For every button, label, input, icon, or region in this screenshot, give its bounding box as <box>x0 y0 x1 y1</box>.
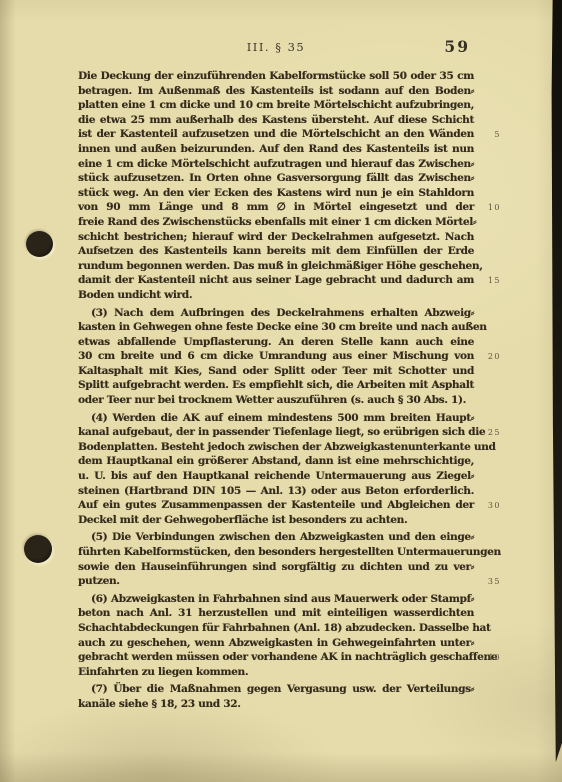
margin-line-number: 5 <box>494 130 501 139</box>
text-line: Boden undicht wird. <box>78 288 474 303</box>
hole-punch-top <box>26 231 53 257</box>
text-line-content: u. U. bis auf den Hauptkanal reichende U… <box>78 469 474 484</box>
text-line: oder Teer nur bei trocknem Wetter auszuf… <box>78 393 474 408</box>
margin-line-number: 10 <box>488 203 501 212</box>
paragraph: Die Deckung der einzuführenden Kabelform… <box>78 69 474 303</box>
page-header: III. § 35 59 <box>78 40 474 56</box>
scanned-page: III. § 35 59 Die Deckung der einzuführen… <box>0 0 562 782</box>
paragraph: (4) Werden die AK auf einem mindestens 5… <box>78 411 474 528</box>
text-line-content: Die Deckung der einzuführenden Kabelform… <box>78 69 474 84</box>
text-line: kanal aufgebaut, der in passender Tiefen… <box>78 425 474 440</box>
text-line: innen und außen beizurunden. Auf den Ran… <box>78 142 474 157</box>
text-line: Einfahrten zu liegen kommen. <box>78 665 474 680</box>
text-line-content: kasten in Gehwegen ohne feste Decke eine… <box>78 320 474 335</box>
text-line: Bodenplatten. Besteht jedoch zwischen de… <box>78 440 474 455</box>
text-line-content: (7) Über die Maßnahmen gegen Vergasung u… <box>78 682 474 697</box>
text-line: stück aufzusetzen. In Orten ohne Gasvers… <box>78 171 474 186</box>
text-line-content: führten Kabelformstücken, den besonders … <box>78 545 474 560</box>
text-line: rundum begonnen werden. Das muß in gleic… <box>78 259 474 274</box>
margin-line-number: 15 <box>488 276 501 285</box>
text-line-content: Einfahrten zu liegen kommen. <box>78 665 474 680</box>
text-line-content: kanäle siehe § 18, 23 und 32. <box>78 697 474 712</box>
text-line: 30 cm breite und 6 cm dicke Umrandung au… <box>78 349 474 364</box>
text-line-content: innen und außen beizurunden. Auf den Ran… <box>78 142 474 157</box>
text-line-content: (6) Abzweigkasten in Fahrbahnen sind aus… <box>78 592 474 607</box>
text-line-content: schicht bestrichen; hierauf wird der Dec… <box>78 230 474 245</box>
text-line: platten eine 1 cm dicke und 10 cm breite… <box>78 98 474 113</box>
text-line: (4) Werden die AK auf einem mindestens 5… <box>78 411 474 426</box>
text-line-content: steinen (Hartbrand DIN 105 — Anl. 13) od… <box>78 484 474 499</box>
text-line-content: Splitt aufgebracht werden. Es empfiehlt … <box>78 378 474 393</box>
scan-binding-edge <box>549 0 562 770</box>
text-line: Deckel mit der Gehwegoberfläche ist beso… <box>78 513 474 528</box>
text-line: Kaltasphalt mit Kies, Sand oder Splitt o… <box>78 364 474 379</box>
text-line-content: die etwa 25 mm außerhalb des Kastens übe… <box>78 113 474 128</box>
text-line: damit der Kastenteil nicht aus seiner La… <box>78 273 474 288</box>
text-line: (7) Über die Maßnahmen gegen Vergasung u… <box>78 682 474 697</box>
text-line-content: ist der Kastenteil aufzusetzen und die M… <box>78 127 474 142</box>
text-line-content: von 90 mm Länge und 8 mm ∅ in Mörtel ein… <box>78 200 474 215</box>
text-line: beton nach Anl. 31 herzustellen und mit … <box>78 606 474 621</box>
text-line: freie Rand des Zwischenstücks ebenfalls … <box>78 215 474 230</box>
text-line: führten Kabelformstücken, den besonders … <box>78 545 474 560</box>
text-line-content: Schachtabdeckungen für Fahrbahnen (Anl. … <box>78 621 474 636</box>
text-line: (5) Die Verbindungen zwischen den Abzwei… <box>78 530 474 545</box>
text-line-content: Boden undicht wird. <box>78 288 474 303</box>
text-line: Aufsetzen des Kastenteils kann bereits m… <box>78 244 474 259</box>
text-line: gebracht werden müssen oder vorhandene A… <box>78 650 474 665</box>
text-line: kanäle siehe § 18, 23 und 32. <box>78 697 474 712</box>
text-line-content: gebracht werden müssen oder vorhandene A… <box>78 650 474 665</box>
text-line-content: rundum begonnen werden. Das muß in gleic… <box>78 259 474 274</box>
text-line-content: kanal aufgebaut, der in passender Tiefen… <box>78 425 474 440</box>
margin-line-number: 40 <box>488 653 501 662</box>
paragraph: (5) Die Verbindungen zwischen den Abzwei… <box>78 530 474 588</box>
text-line-content: oder Teer nur bei trocknem Wetter auszuf… <box>78 393 474 408</box>
paragraph: (7) Über die Maßnahmen gegen Vergasung u… <box>78 682 474 711</box>
section-heading: III. § 35 <box>78 40 474 54</box>
text-line-content: Aufsetzen des Kastenteils kann bereits m… <box>78 244 474 259</box>
text-line-content: Bodenplatten. Besteht jedoch zwischen de… <box>78 440 474 455</box>
text-line-content: stück aufzusetzen. In Orten ohne Gasvers… <box>78 171 474 186</box>
text-line-content: damit der Kastenteil nicht aus seiner La… <box>78 273 474 288</box>
margin-line-number: 20 <box>488 352 501 361</box>
text-line-content: putzen. <box>78 574 474 589</box>
margin-line-number: 35 <box>488 577 501 586</box>
text-line-content: eine 1 cm dicke Mörtelschicht aufzutrage… <box>78 157 474 172</box>
text-line: stück weg. An den vier Ecken des Kastens… <box>78 186 474 201</box>
text-line-content: platten eine 1 cm dicke und 10 cm breite… <box>78 98 474 113</box>
margin-line-number: 25 <box>488 428 501 437</box>
text-line-content: (5) Die Verbindungen zwischen den Abzwei… <box>78 530 474 545</box>
text-line: etwas abfallende Umpflasterung. An deren… <box>78 335 474 350</box>
text-line-content: Auf ein gutes Zusammenpassen der Kastent… <box>78 498 474 513</box>
text-line: eine 1 cm dicke Mörtelschicht aufzutrage… <box>78 157 474 172</box>
text-line: auch zu geschehen, wenn Abzweigkasten in… <box>78 636 474 651</box>
text-line: (6) Abzweigkasten in Fahrbahnen sind aus… <box>78 592 474 607</box>
text-line: dem Hauptkanal ein größerer Abstand, dan… <box>78 454 474 469</box>
text-line-content: sowie den Hauseinführungen sind sorgfält… <box>78 560 474 575</box>
margin-line-number: 30 <box>488 501 501 510</box>
text-line-content: freie Rand des Zwischenstücks ebenfalls … <box>78 215 474 230</box>
text-line: u. U. bis auf den Hauptkanal reichende U… <box>78 469 474 484</box>
text-line: von 90 mm Länge und 8 mm ∅ in Mörtel ein… <box>78 200 474 215</box>
text-line-content: Deckel mit der Gehwegoberfläche ist beso… <box>78 513 474 528</box>
text-line: Auf ein gutes Zusammenpassen der Kastent… <box>78 498 474 513</box>
text-line-content: stück weg. An den vier Ecken des Kastens… <box>78 186 474 201</box>
text-line: (3) Nach dem Aufbringen des Deckelrahmen… <box>78 306 474 321</box>
text-line-content: (3) Nach dem Aufbringen des Deckelrahmen… <box>78 306 474 321</box>
text-line: Splitt aufgebracht werden. Es empfiehlt … <box>78 378 474 393</box>
page-body: Die Deckung der einzuführenden Kabelform… <box>78 69 474 712</box>
text-block: III. § 35 59 Die Deckung der einzuführen… <box>78 40 474 712</box>
text-line-content: betragen. Im Außenmaß des Kastenteils is… <box>78 84 474 99</box>
text-line: Schachtabdeckungen für Fahrbahnen (Anl. … <box>78 621 474 636</box>
text-line-content: etwas abfallende Umpflasterung. An deren… <box>78 335 474 350</box>
text-line: putzen.35 <box>78 574 474 589</box>
text-line: schicht bestrichen; hierauf wird der Dec… <box>78 230 474 245</box>
paragraph: (3) Nach dem Aufbringen des Deckelrahmen… <box>78 306 474 408</box>
text-line-content: auch zu geschehen, wenn Abzweigkasten in… <box>78 636 474 651</box>
text-line: kasten in Gehwegen ohne feste Decke eine… <box>78 320 474 335</box>
hole-punch-bottom <box>24 535 52 563</box>
text-line-content: (4) Werden die AK auf einem mindestens 5… <box>78 411 474 426</box>
text-line: die etwa 25 mm außerhalb des Kastens übe… <box>78 113 474 128</box>
page-number: 59 <box>444 37 470 56</box>
text-line-content: beton nach Anl. 31 herzustellen und mit … <box>78 606 474 621</box>
paragraph: (6) Abzweigkasten in Fahrbahnen sind aus… <box>78 592 474 680</box>
text-line-content: dem Hauptkanal ein größerer Abstand, dan… <box>78 454 474 469</box>
text-line-content: Kaltasphalt mit Kies, Sand oder Splitt o… <box>78 364 474 379</box>
text-line: betragen. Im Außenmaß des Kastenteils is… <box>78 84 474 99</box>
text-line: steinen (Hartbrand DIN 105 — Anl. 13) od… <box>78 484 474 499</box>
text-line: Die Deckung der einzuführenden Kabelform… <box>78 69 474 84</box>
text-line: ist der Kastenteil aufzusetzen und die M… <box>78 127 474 142</box>
text-line: sowie den Hauseinführungen sind sorgfält… <box>78 560 474 575</box>
text-line-content: 30 cm breite und 6 cm dicke Umrandung au… <box>78 349 474 364</box>
